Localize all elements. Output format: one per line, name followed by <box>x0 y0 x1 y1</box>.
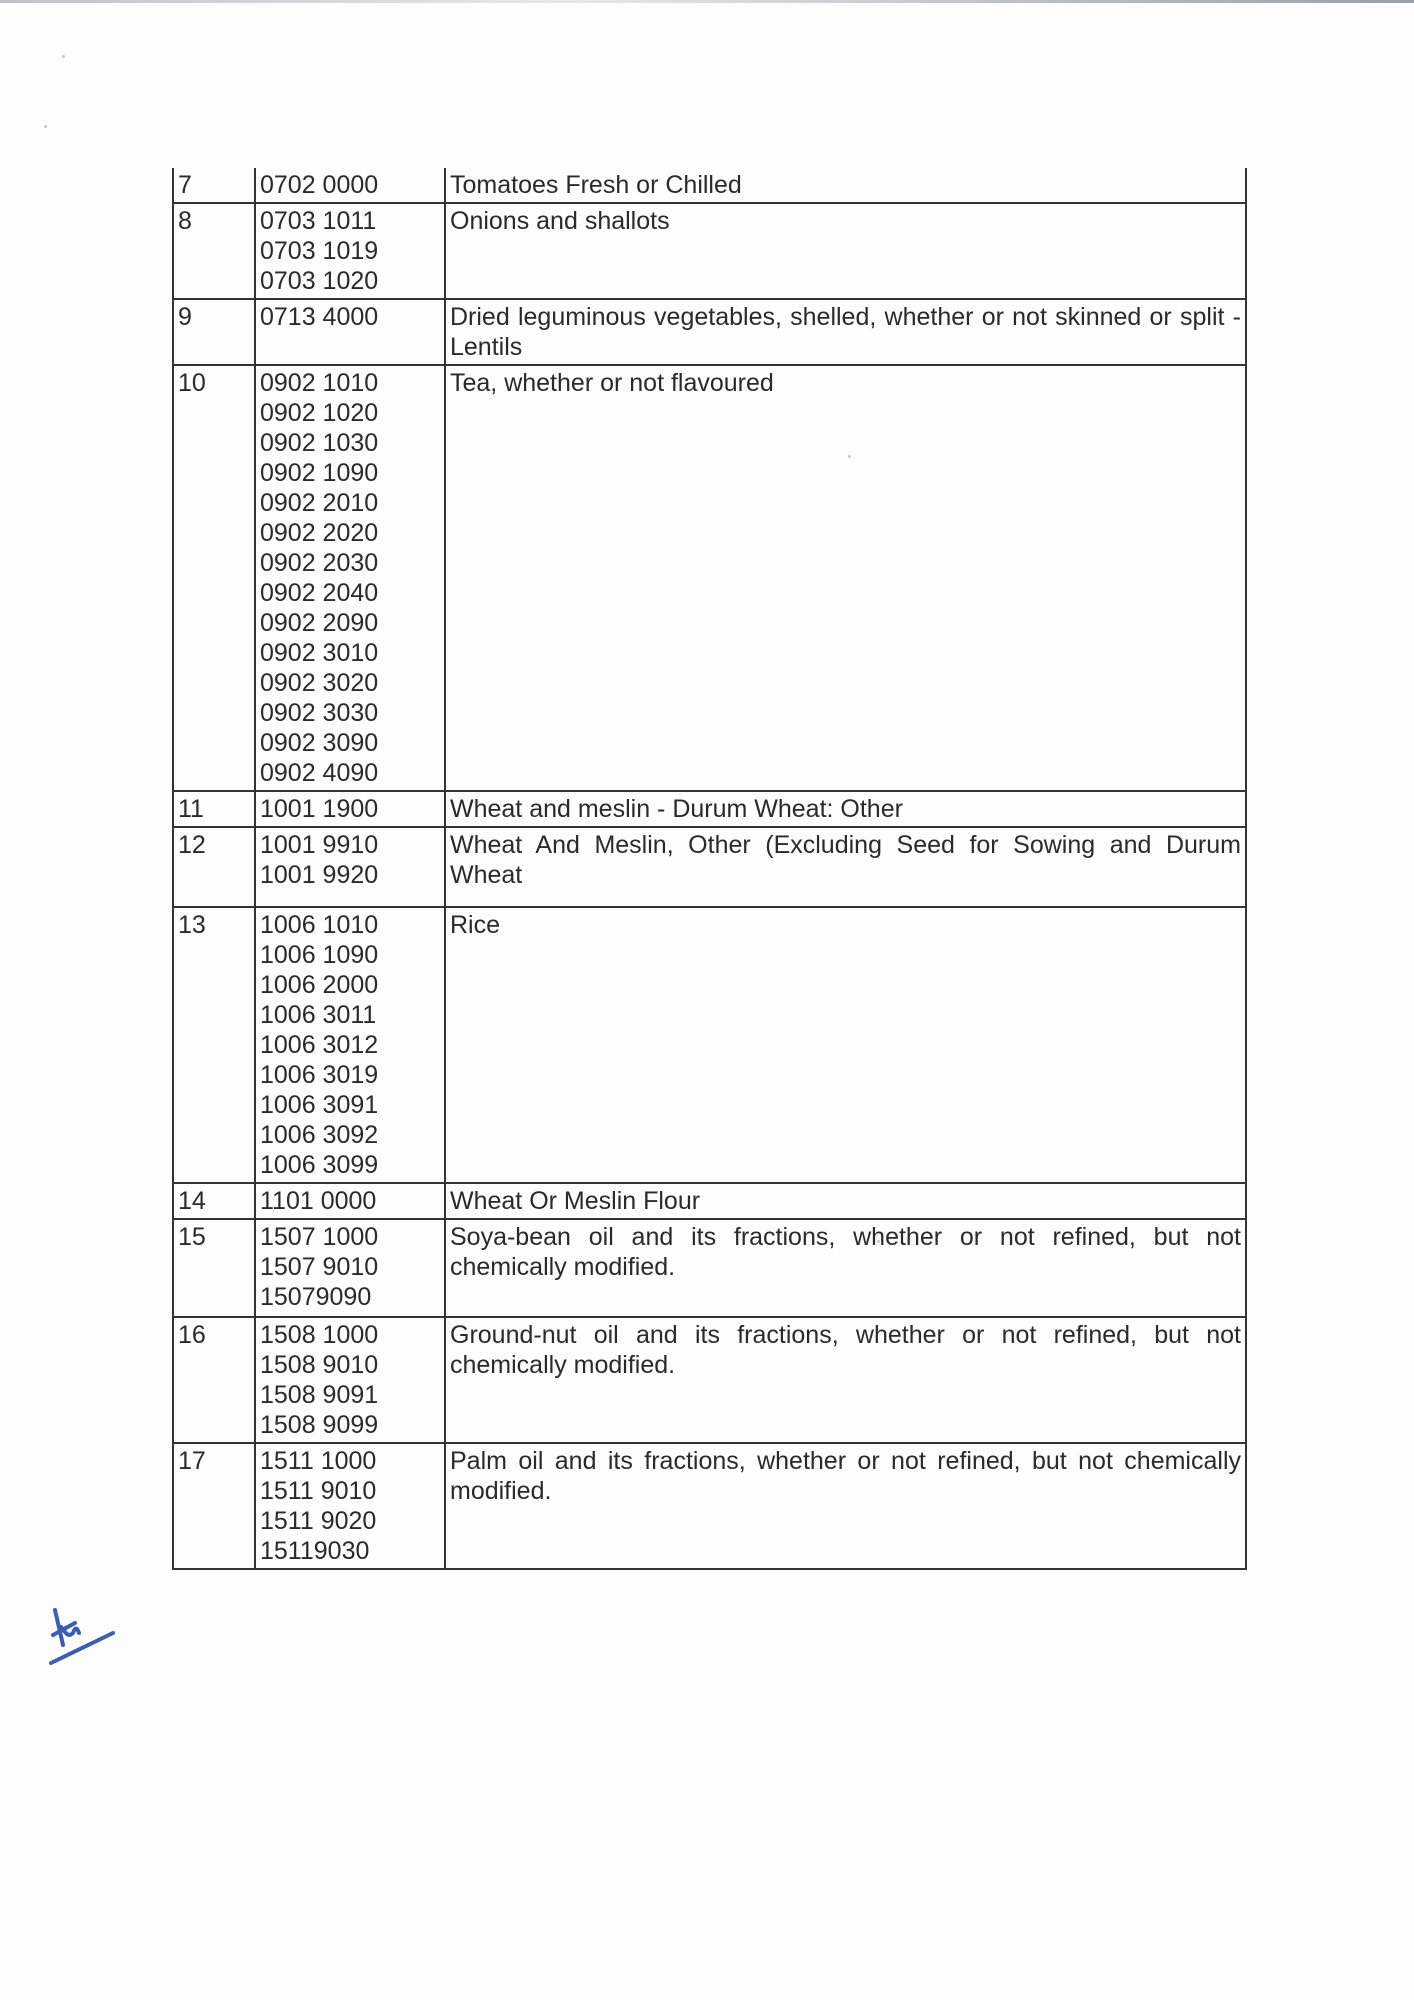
description-cell: Ground-nut oil and its fractions, whethe… <box>445 1317 1246 1443</box>
hs-code: 15119030 <box>260 1536 440 1566</box>
hs-code: 0902 1030 <box>260 428 440 458</box>
table-row: 111001 1900Wheat and meslin - Durum Whea… <box>173 791 1246 827</box>
hs-code: 1006 1090 <box>260 940 440 970</box>
description-cell: Dried leguminous vegetables, shelled, wh… <box>445 299 1246 365</box>
hs-code: 0902 3020 <box>260 668 440 698</box>
scan-speck <box>44 125 47 128</box>
serial-number-cell: 17 <box>173 1443 255 1569</box>
table-row: 171511 10001511 90101511 902015119030Pal… <box>173 1443 1246 1569</box>
hs-code: 1006 1010 <box>260 910 440 940</box>
serial-number-cell: 11 <box>173 791 255 827</box>
hs-code: 1006 3012 <box>260 1030 440 1060</box>
signature-icon <box>45 1605 125 1675</box>
hs-code: 1006 2000 <box>260 970 440 1000</box>
hs-code-cell: 1507 10001507 901015079090 <box>255 1219 445 1317</box>
hs-code-cell: 0702 0000 <box>255 168 445 203</box>
description-cell: Soya-bean oil and its fractions, whether… <box>445 1219 1246 1317</box>
serial-number-cell: 16 <box>173 1317 255 1443</box>
hs-code: 0902 1010 <box>260 368 440 398</box>
hs-code: 0902 2020 <box>260 518 440 548</box>
description-cell: Onions and shallots <box>445 203 1246 299</box>
hs-code: 15079090 <box>260 1282 440 1312</box>
hs-code: 0902 3030 <box>260 698 440 728</box>
description-cell: Tea, whether or not flavoured <box>445 365 1246 791</box>
table-row: 70702 0000Tomatoes Fresh or Chilled <box>173 168 1246 203</box>
serial-number-cell: 10 <box>173 365 255 791</box>
description-cell: Wheat Or Meslin Flour <box>445 1183 1246 1219</box>
hs-code: 0902 2090 <box>260 608 440 638</box>
hs-code: 0902 1020 <box>260 398 440 428</box>
hs-code: 0902 2010 <box>260 488 440 518</box>
hs-code: 0702 0000 <box>260 170 440 200</box>
hs-code: 1006 3091 <box>260 1090 440 1120</box>
hs-code: 1507 9010 <box>260 1252 440 1282</box>
hs-code: 1001 1900 <box>260 794 440 824</box>
table-row: 161508 10001508 90101508 90911508 9099Gr… <box>173 1317 1246 1443</box>
hs-code: 1001 9910 <box>260 830 440 860</box>
scan-top-edge <box>0 0 1414 3</box>
description-cell: Tomatoes Fresh or Chilled <box>445 168 1246 203</box>
hs-code: 0703 1011 <box>260 206 440 236</box>
hs-code: 1511 9010 <box>260 1476 440 1506</box>
description-cell: Wheat And Meslin, Other (Excluding Seed … <box>445 827 1246 907</box>
table-row: 121001 99101001 9920Wheat And Meslin, Ot… <box>173 827 1246 907</box>
hs-code: 1508 9091 <box>260 1380 440 1410</box>
hs-code-cell: 0713 4000 <box>255 299 445 365</box>
table-row: 141101 0000Wheat Or Meslin Flour <box>173 1183 1246 1219</box>
hs-code: 0902 4090 <box>260 758 440 788</box>
hs-code-cell: 1511 10001511 90101511 902015119030 <box>255 1443 445 1569</box>
hs-code: 0703 1020 <box>260 266 440 296</box>
hs-code: 1006 3011 <box>260 1000 440 1030</box>
hs-code: 0902 3090 <box>260 728 440 758</box>
serial-number-cell: 12 <box>173 827 255 907</box>
scan-speck <box>62 55 65 58</box>
hs-code: 0902 2030 <box>260 548 440 578</box>
hs-code-cell: 1508 10001508 90101508 90911508 9099 <box>255 1317 445 1443</box>
serial-number-cell: 15 <box>173 1219 255 1317</box>
table-row: 151507 10001507 901015079090Soya-bean oi… <box>173 1219 1246 1317</box>
serial-number-cell: 8 <box>173 203 255 299</box>
hs-code: 1508 9099 <box>260 1410 440 1440</box>
hs-code: 0902 1090 <box>260 458 440 488</box>
hs-code: 0703 1019 <box>260 236 440 266</box>
hs-code-cell: 1001 99101001 9920 <box>255 827 445 907</box>
hs-code: 1507 1000 <box>260 1222 440 1252</box>
hs-code: 1006 3099 <box>260 1150 440 1180</box>
hs-code: 1006 3092 <box>260 1120 440 1150</box>
hs-code: 1101 0000 <box>260 1186 440 1216</box>
hs-code-cell: 1101 0000 <box>255 1183 445 1219</box>
hs-code: 0902 2040 <box>260 578 440 608</box>
table-row: 90713 4000Dried leguminous vegetables, s… <box>173 299 1246 365</box>
hs-code: 1511 1000 <box>260 1446 440 1476</box>
hs-code: 0713 4000 <box>260 302 440 332</box>
serial-number-cell: 7 <box>173 168 255 203</box>
hs-code-cell: 0703 10110703 10190703 1020 <box>255 203 445 299</box>
hs-code: 1001 9920 <box>260 860 440 890</box>
serial-number-cell: 14 <box>173 1183 255 1219</box>
hs-code: 1006 3019 <box>260 1060 440 1090</box>
table-row: 100902 10100902 10200902 10300902 109009… <box>173 365 1246 791</box>
table-row: 131006 10101006 10901006 20001006 301110… <box>173 907 1246 1183</box>
hs-code: 1511 9020 <box>260 1506 440 1536</box>
serial-number-cell: 9 <box>173 299 255 365</box>
hs-code: 1508 9010 <box>260 1350 440 1380</box>
hs-code-cell: 1006 10101006 10901006 20001006 30111006… <box>255 907 445 1183</box>
description-cell: Rice <box>445 907 1246 1183</box>
table-row: 80703 10110703 10190703 1020Onions and s… <box>173 203 1246 299</box>
hs-code-cell: 1001 1900 <box>255 791 445 827</box>
description-cell: Palm oil and its fractions, whether or n… <box>445 1443 1246 1569</box>
hs-code: 0902 3010 <box>260 638 440 668</box>
serial-number-cell: 13 <box>173 907 255 1183</box>
description-cell: Wheat and meslin - Durum Wheat: Other <box>445 791 1246 827</box>
commodity-table: 70702 0000Tomatoes Fresh or Chilled80703… <box>172 168 1247 1570</box>
hs-code: 1508 1000 <box>260 1320 440 1350</box>
hs-code-cell: 0902 10100902 10200902 10300902 10900902… <box>255 365 445 791</box>
